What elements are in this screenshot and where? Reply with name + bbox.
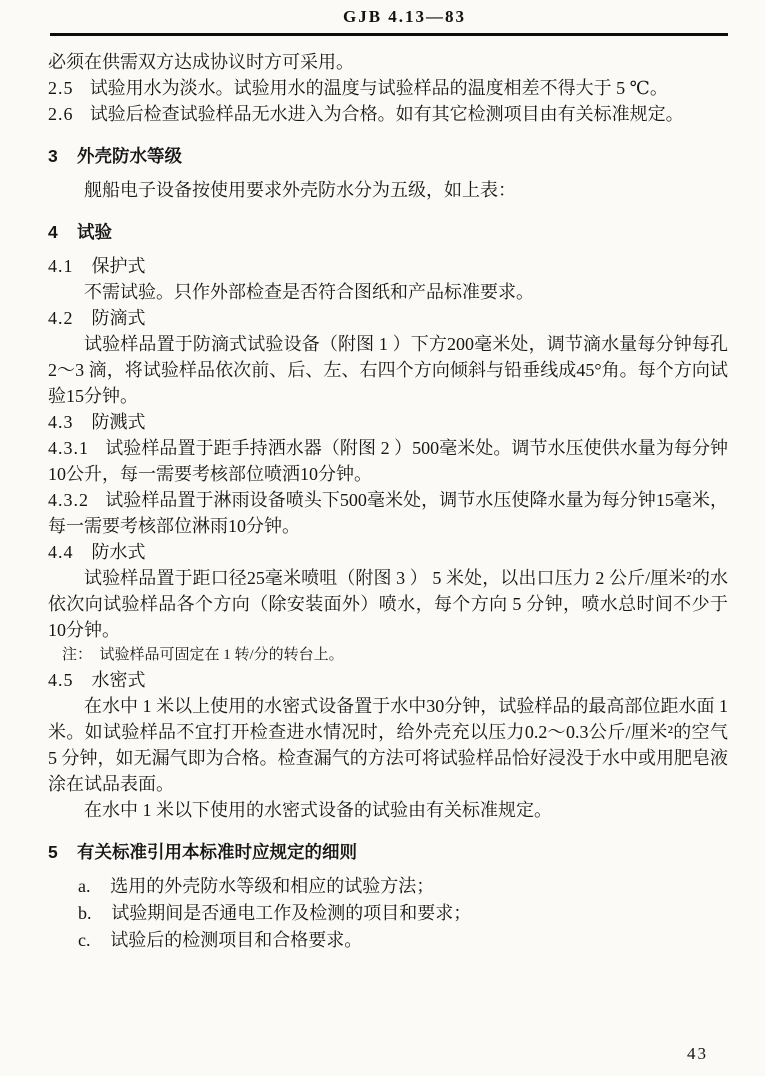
list-item-c-label: c. [78, 930, 91, 950]
sub-4-4-number: 4.4 [48, 542, 74, 562]
section-3-number: 3 [48, 146, 58, 166]
sub-4-4-heading: 4.4防水式 [48, 539, 728, 565]
list-item-a-text: 选用的外壳防水等级和相应的试验方法； [110, 876, 434, 896]
sub-4-2-number: 4.2 [48, 308, 74, 328]
sub-4-4-title: 防水式 [92, 542, 146, 562]
list-item-a: a.选用的外壳防水等级和相应的试验方法； [48, 873, 728, 900]
sub-4-3-number: 4.3 [48, 412, 74, 432]
sub-4-5-title: 水密式 [92, 670, 146, 690]
sub-4-4-paragraph: 试验样品置于距口径25毫米喷咀（附图 3 ） 5 米处，以出口压力 2 公斤/厘… [48, 565, 728, 643]
page-number: 43 [687, 1044, 708, 1064]
doc-number: GJB 4.13—83 [0, 7, 765, 27]
section-3-title: 外壳防水等级 [77, 146, 182, 166]
sub-4-5-paragraph-2: 在水中 1 米以下使用的水密式设备的试验由有关标准规定。 [48, 797, 728, 823]
clause-4-3-2-number: 4.3.2 [48, 490, 89, 510]
note-label: 注： [62, 647, 92, 663]
section-3-paragraph: 舰船电子设备按使用要求外壳防水分为五级，如上表： [48, 177, 728, 203]
clause-2-5-text: 试验用水为淡水。试验用水的温度与试验样品的温度相差不得大于 5 ℃。 [90, 78, 668, 98]
clause-4-3-1-text: 试验样品置于距手持洒水器（附图 2 ）500毫米处。调节水压使供水量为每分钟10… [48, 438, 728, 484]
sub-4-1-heading: 4.1保护式 [48, 253, 728, 279]
clause-2-5: 2.5试验用水为淡水。试验用水的温度与试验样品的温度相差不得大于 5 ℃。 [48, 75, 728, 101]
clause-4-3-2-text: 试验样品置于淋雨设备喷头下500毫米处，调节水压使降水量为每分钟15毫米，每一需… [48, 490, 728, 536]
sub-4-3-heading: 4.3防溅式 [48, 409, 728, 435]
list-item-b-text: 试验期间是否通电工作及检测的项目和要求； [111, 903, 471, 923]
clause-2-6-text: 试验后检查试验样品无水进入为合格。如有其它检测项目由有关标准规定。 [90, 104, 684, 124]
list-item-c-text: 试验后的检测项目和合格要求。 [110, 930, 362, 950]
page-content: 必须在供需双方达成协议时方可采用。 2.5试验用水为淡水。试验用水的温度与试验样… [48, 49, 728, 954]
section-4-heading: 4试验 [48, 219, 728, 245]
section-3-heading: 3外壳防水等级 [48, 143, 728, 169]
section-5-heading: 5有关标准引用本标准时应规定的细则 [48, 839, 728, 865]
clause-4-3-1: 4.3.1试验样品置于距手持洒水器（附图 2 ）500毫米处。调节水压使供水量为… [48, 435, 728, 487]
list-item-b-label: b. [78, 903, 92, 923]
clause-4-3-1-number: 4.3.1 [48, 438, 89, 458]
sub-4-1-number: 4.1 [48, 256, 74, 276]
sub-4-3-title: 防溅式 [92, 412, 146, 432]
sub-4-1-title: 保护式 [92, 256, 146, 276]
section-5-number: 5 [48, 842, 58, 862]
sub-4-2-paragraph: 试验样品置于防滴式试验设备（附图 1 ）下方200毫米处，调节滴水量每分钟每孔 … [48, 331, 728, 409]
sub-4-2-heading: 4.2防滴式 [48, 305, 728, 331]
sub-4-5-heading: 4.5水密式 [48, 667, 728, 693]
section-4-title: 试验 [77, 222, 112, 242]
sub-4-5-number: 4.5 [48, 670, 74, 690]
sub-4-2-title: 防滴式 [92, 308, 146, 328]
sub-4-4-note: 注：试验样品可固定在 1 转/分的转台上。 [48, 643, 728, 667]
clause-4-3-2: 4.3.2试验样品置于淋雨设备喷头下500毫米处，调节水压使降水量为每分钟15毫… [48, 487, 728, 539]
section-5-title: 有关标准引用本标准时应规定的细则 [77, 842, 357, 862]
sub-4-5-paragraph-1: 在水中 1 米以上使用的水密式设备置于水中30分钟，试验样品的最高部位距水面 1… [48, 693, 728, 797]
list-item-c: c.试验后的检测项目和合格要求。 [48, 927, 728, 954]
note-text: 试验样品可固定在 1 转/分的转台上。 [100, 647, 344, 663]
clause-2-6: 2.6试验后检查试验样品无水进入为合格。如有其它检测项目由有关标准规定。 [48, 101, 728, 127]
list-item-a-label: a. [78, 876, 91, 896]
clause-2-6-number: 2.6 [48, 104, 74, 124]
clause-2-5-number: 2.5 [48, 78, 74, 98]
list-item-b: b.试验期间是否通电工作及检测的项目和要求； [48, 900, 728, 927]
sub-4-1-paragraph: 不需试验。只作外部检查是否符合图纸和产品标准要求。 [48, 279, 728, 305]
paragraph-continuation: 必须在供需双方达成协议时方可采用。 [48, 49, 728, 75]
document-page: GJB 4.13—83 必须在供需双方达成协议时方可采用。 2.5试验用水为淡水… [0, 0, 765, 1076]
header-rule [50, 33, 728, 36]
section-4-number: 4 [48, 222, 58, 242]
